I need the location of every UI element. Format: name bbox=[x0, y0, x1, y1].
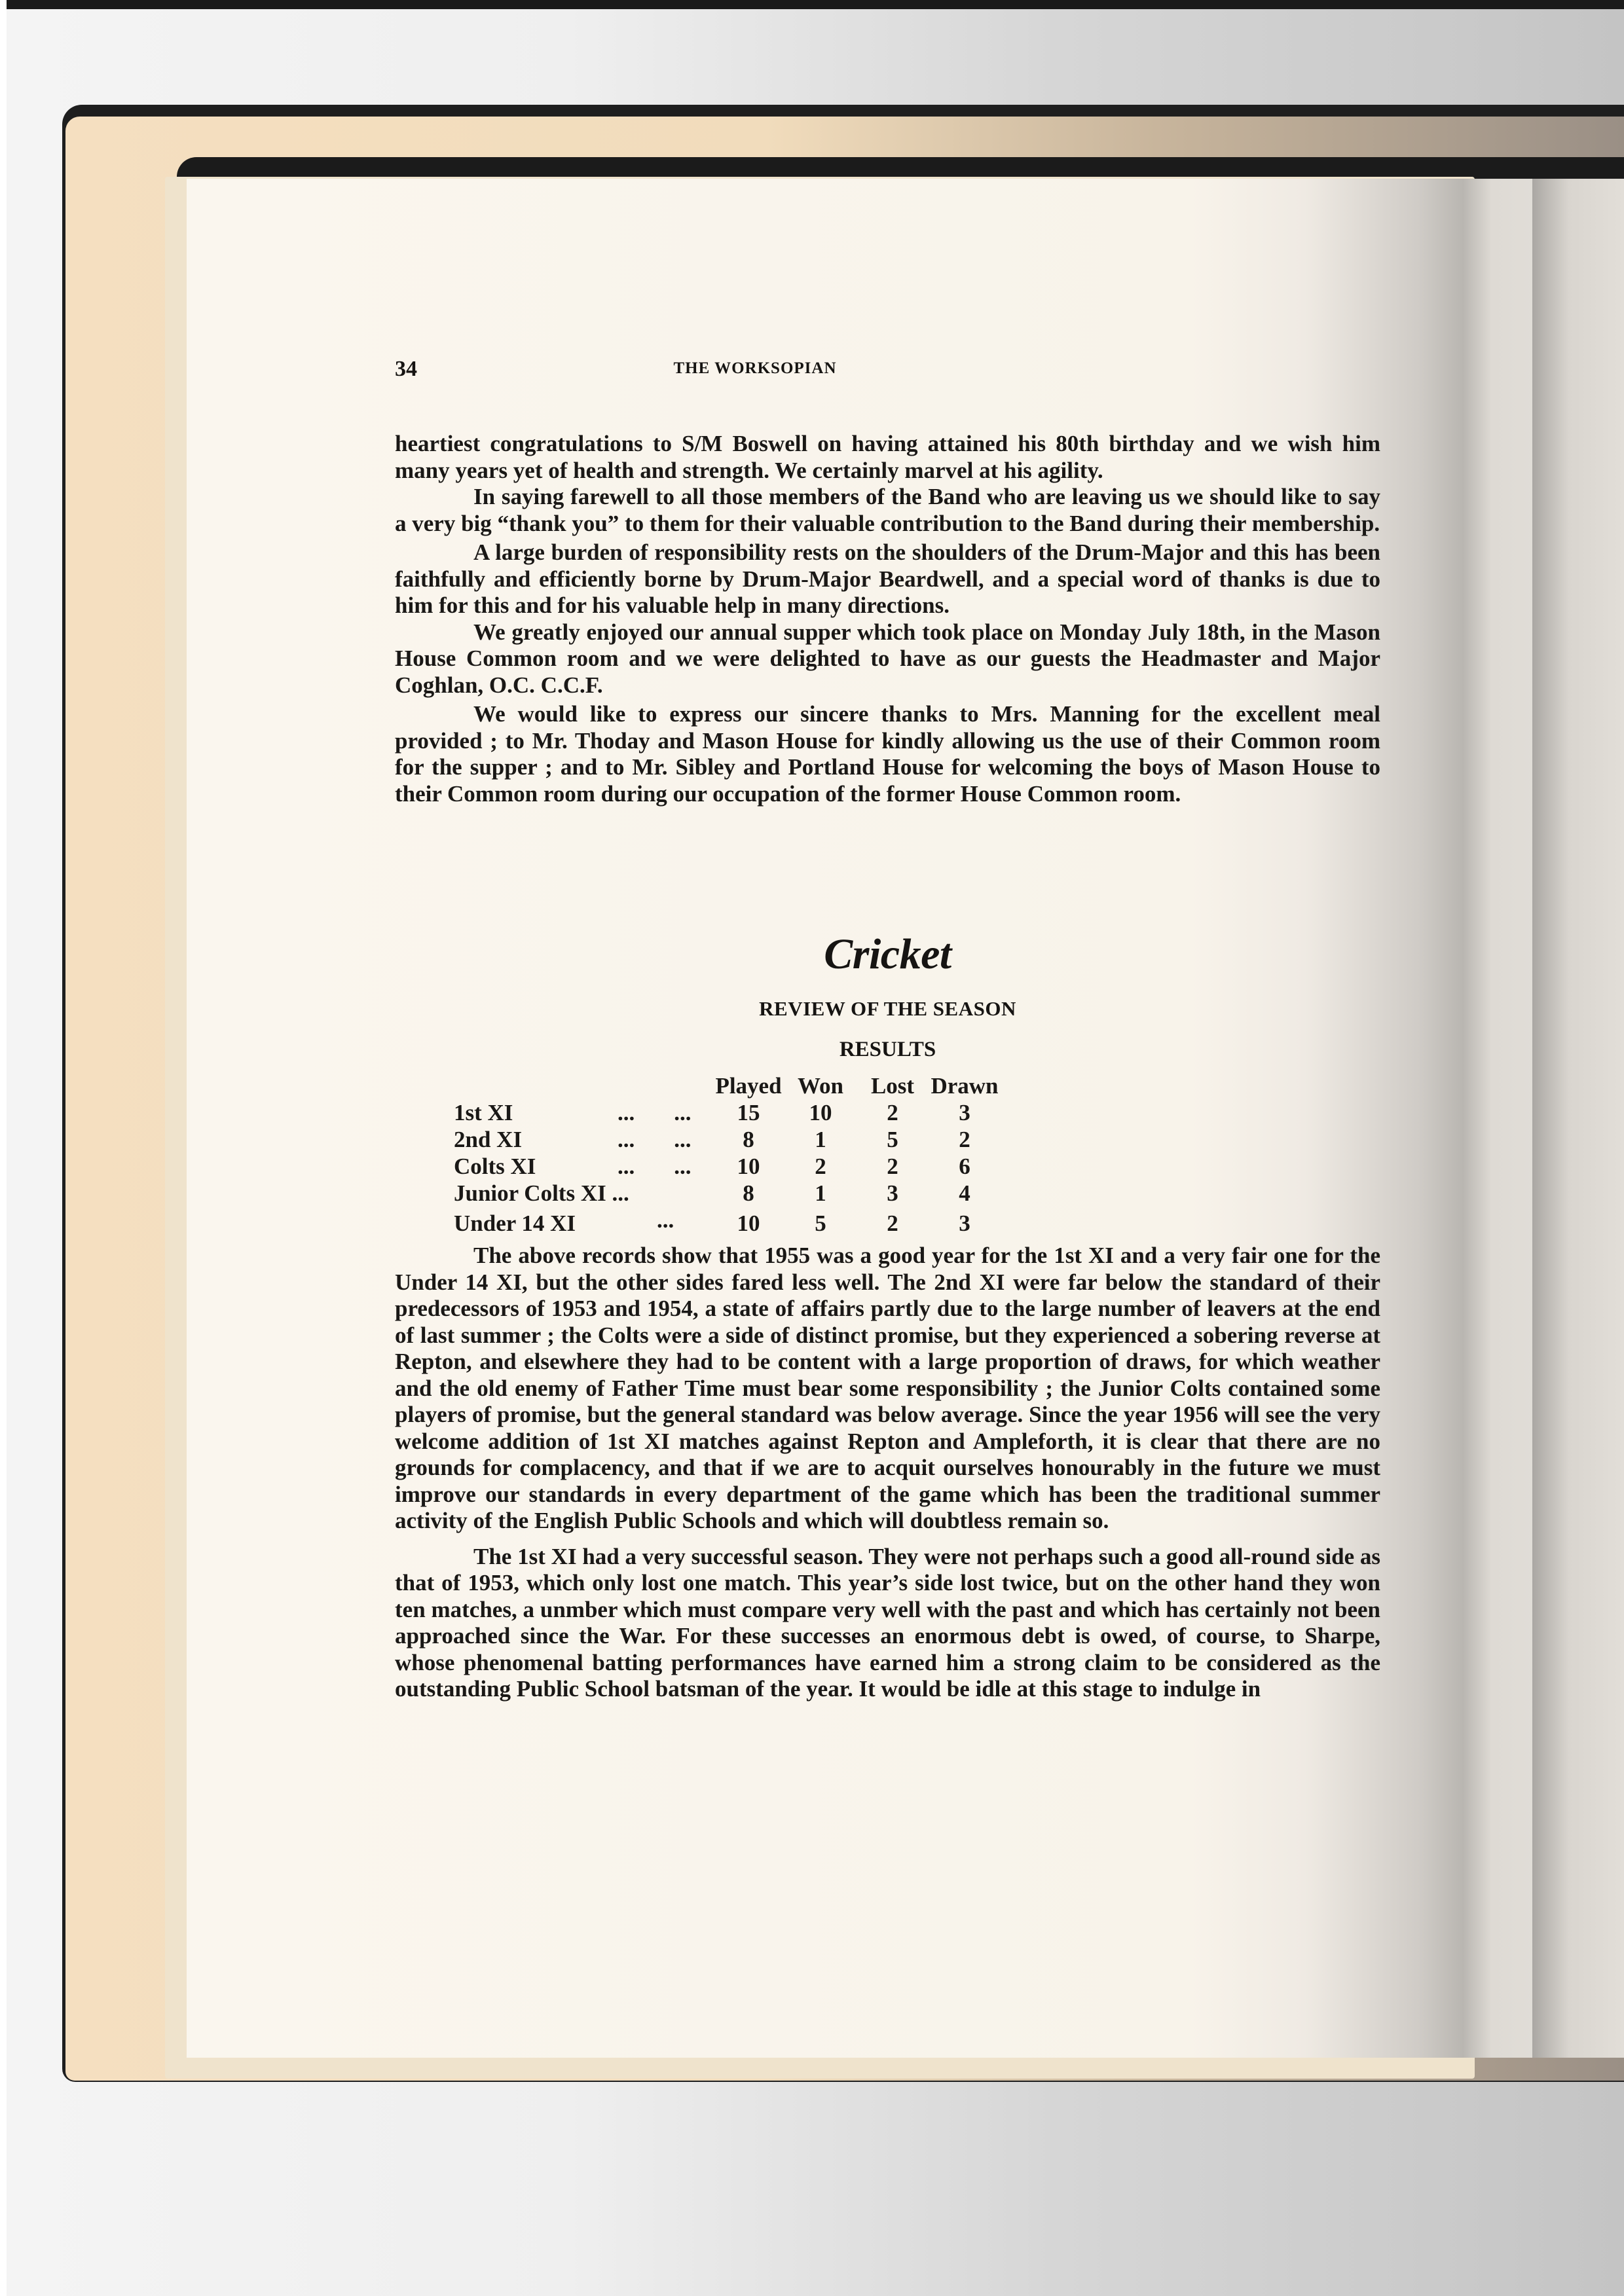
leader-dots: ...... bbox=[618, 1126, 712, 1153]
won-value: 5 bbox=[784, 1207, 857, 1239]
running-head: 34 THE WORKSOPIAN bbox=[395, 357, 1380, 383]
column-header-lost: Lost bbox=[857, 1072, 929, 1099]
won-value: 1 bbox=[784, 1180, 857, 1207]
lost-value: 5 bbox=[857, 1126, 929, 1153]
played-value: 10 bbox=[712, 1153, 784, 1180]
results-heading: RESULTS bbox=[395, 1038, 1380, 1062]
team-name: Junior Colts XI ... bbox=[454, 1180, 712, 1207]
column-header-won: Won bbox=[784, 1072, 857, 1099]
team-name: 2nd XI bbox=[454, 1126, 618, 1153]
played-value: 8 bbox=[712, 1126, 784, 1153]
cricket-review-text: The above records show that 1955 was a g… bbox=[395, 1243, 1380, 1703]
lost-value: 2 bbox=[857, 1099, 929, 1126]
column-header-played: Played bbox=[712, 1072, 784, 1099]
band-section: heartiest congratulations to S/M Boswell… bbox=[395, 431, 1380, 807]
won-value: 10 bbox=[784, 1099, 857, 1126]
drawn-value: 2 bbox=[929, 1126, 1001, 1153]
leader-dots: ... bbox=[618, 1207, 712, 1239]
page-gutter bbox=[1532, 179, 1624, 2058]
scanner-left-edge bbox=[0, 0, 7, 2296]
team-name: 1st XI bbox=[454, 1099, 618, 1126]
lost-value: 3 bbox=[857, 1180, 929, 1207]
column-header-drawn: Drawn bbox=[929, 1072, 1001, 1099]
lost-value: 2 bbox=[857, 1153, 929, 1180]
played-value: 15 bbox=[712, 1099, 784, 1126]
paragraph: In saying farewell to all those members … bbox=[395, 484, 1380, 537]
section-subtitle: REVIEW OF THE SEASON bbox=[395, 997, 1380, 1021]
leader-dots: ...... bbox=[618, 1153, 712, 1180]
paragraph: heartiest congratulations to S/M Boswell… bbox=[395, 431, 1380, 484]
table-row: 2nd XI ...... 8 1 5 2 bbox=[395, 1126, 1380, 1153]
scanner-top-edge bbox=[0, 0, 1624, 9]
paragraph: We would like to express our sincere tha… bbox=[395, 701, 1380, 807]
results-table: Played Won Lost Drawn 1st XI ...... 15 1… bbox=[395, 1072, 1380, 1239]
table-row: 1st XI ...... 15 10 2 3 bbox=[395, 1099, 1380, 1126]
paragraph: The above records show that 1955 was a g… bbox=[395, 1243, 1380, 1535]
drawn-value: 4 bbox=[929, 1180, 1001, 1207]
paragraph: A large burden of responsibility rests o… bbox=[395, 539, 1380, 619]
drawn-value: 6 bbox=[929, 1153, 1001, 1180]
won-value: 2 bbox=[784, 1153, 857, 1180]
played-value: 8 bbox=[712, 1180, 784, 1207]
table-header-row: Played Won Lost Drawn bbox=[395, 1072, 1380, 1099]
paragraph: The 1st XI had a very successful season.… bbox=[395, 1544, 1380, 1703]
drawn-value: 3 bbox=[929, 1099, 1001, 1126]
leader-dots: ...... bbox=[618, 1099, 712, 1126]
played-value: 10 bbox=[712, 1207, 784, 1239]
won-value: 1 bbox=[784, 1126, 857, 1153]
table-row: Junior Colts XI ... 8 1 3 4 bbox=[395, 1180, 1380, 1207]
team-name: Under 14 XI bbox=[454, 1207, 618, 1239]
table-row: Colts XI ...... 10 2 2 6 bbox=[395, 1153, 1380, 1180]
paragraph: We greatly enjoyed our annual supper whi… bbox=[395, 619, 1380, 699]
running-title: THE WORKSOPIAN bbox=[395, 359, 1115, 378]
drawn-value: 3 bbox=[929, 1207, 1001, 1239]
team-name: Colts XI bbox=[454, 1153, 618, 1180]
section-title: Cricket bbox=[395, 930, 1380, 979]
table-row: Under 14 XI ... 10 5 2 3 bbox=[395, 1207, 1380, 1239]
lost-value: 2 bbox=[857, 1207, 929, 1239]
